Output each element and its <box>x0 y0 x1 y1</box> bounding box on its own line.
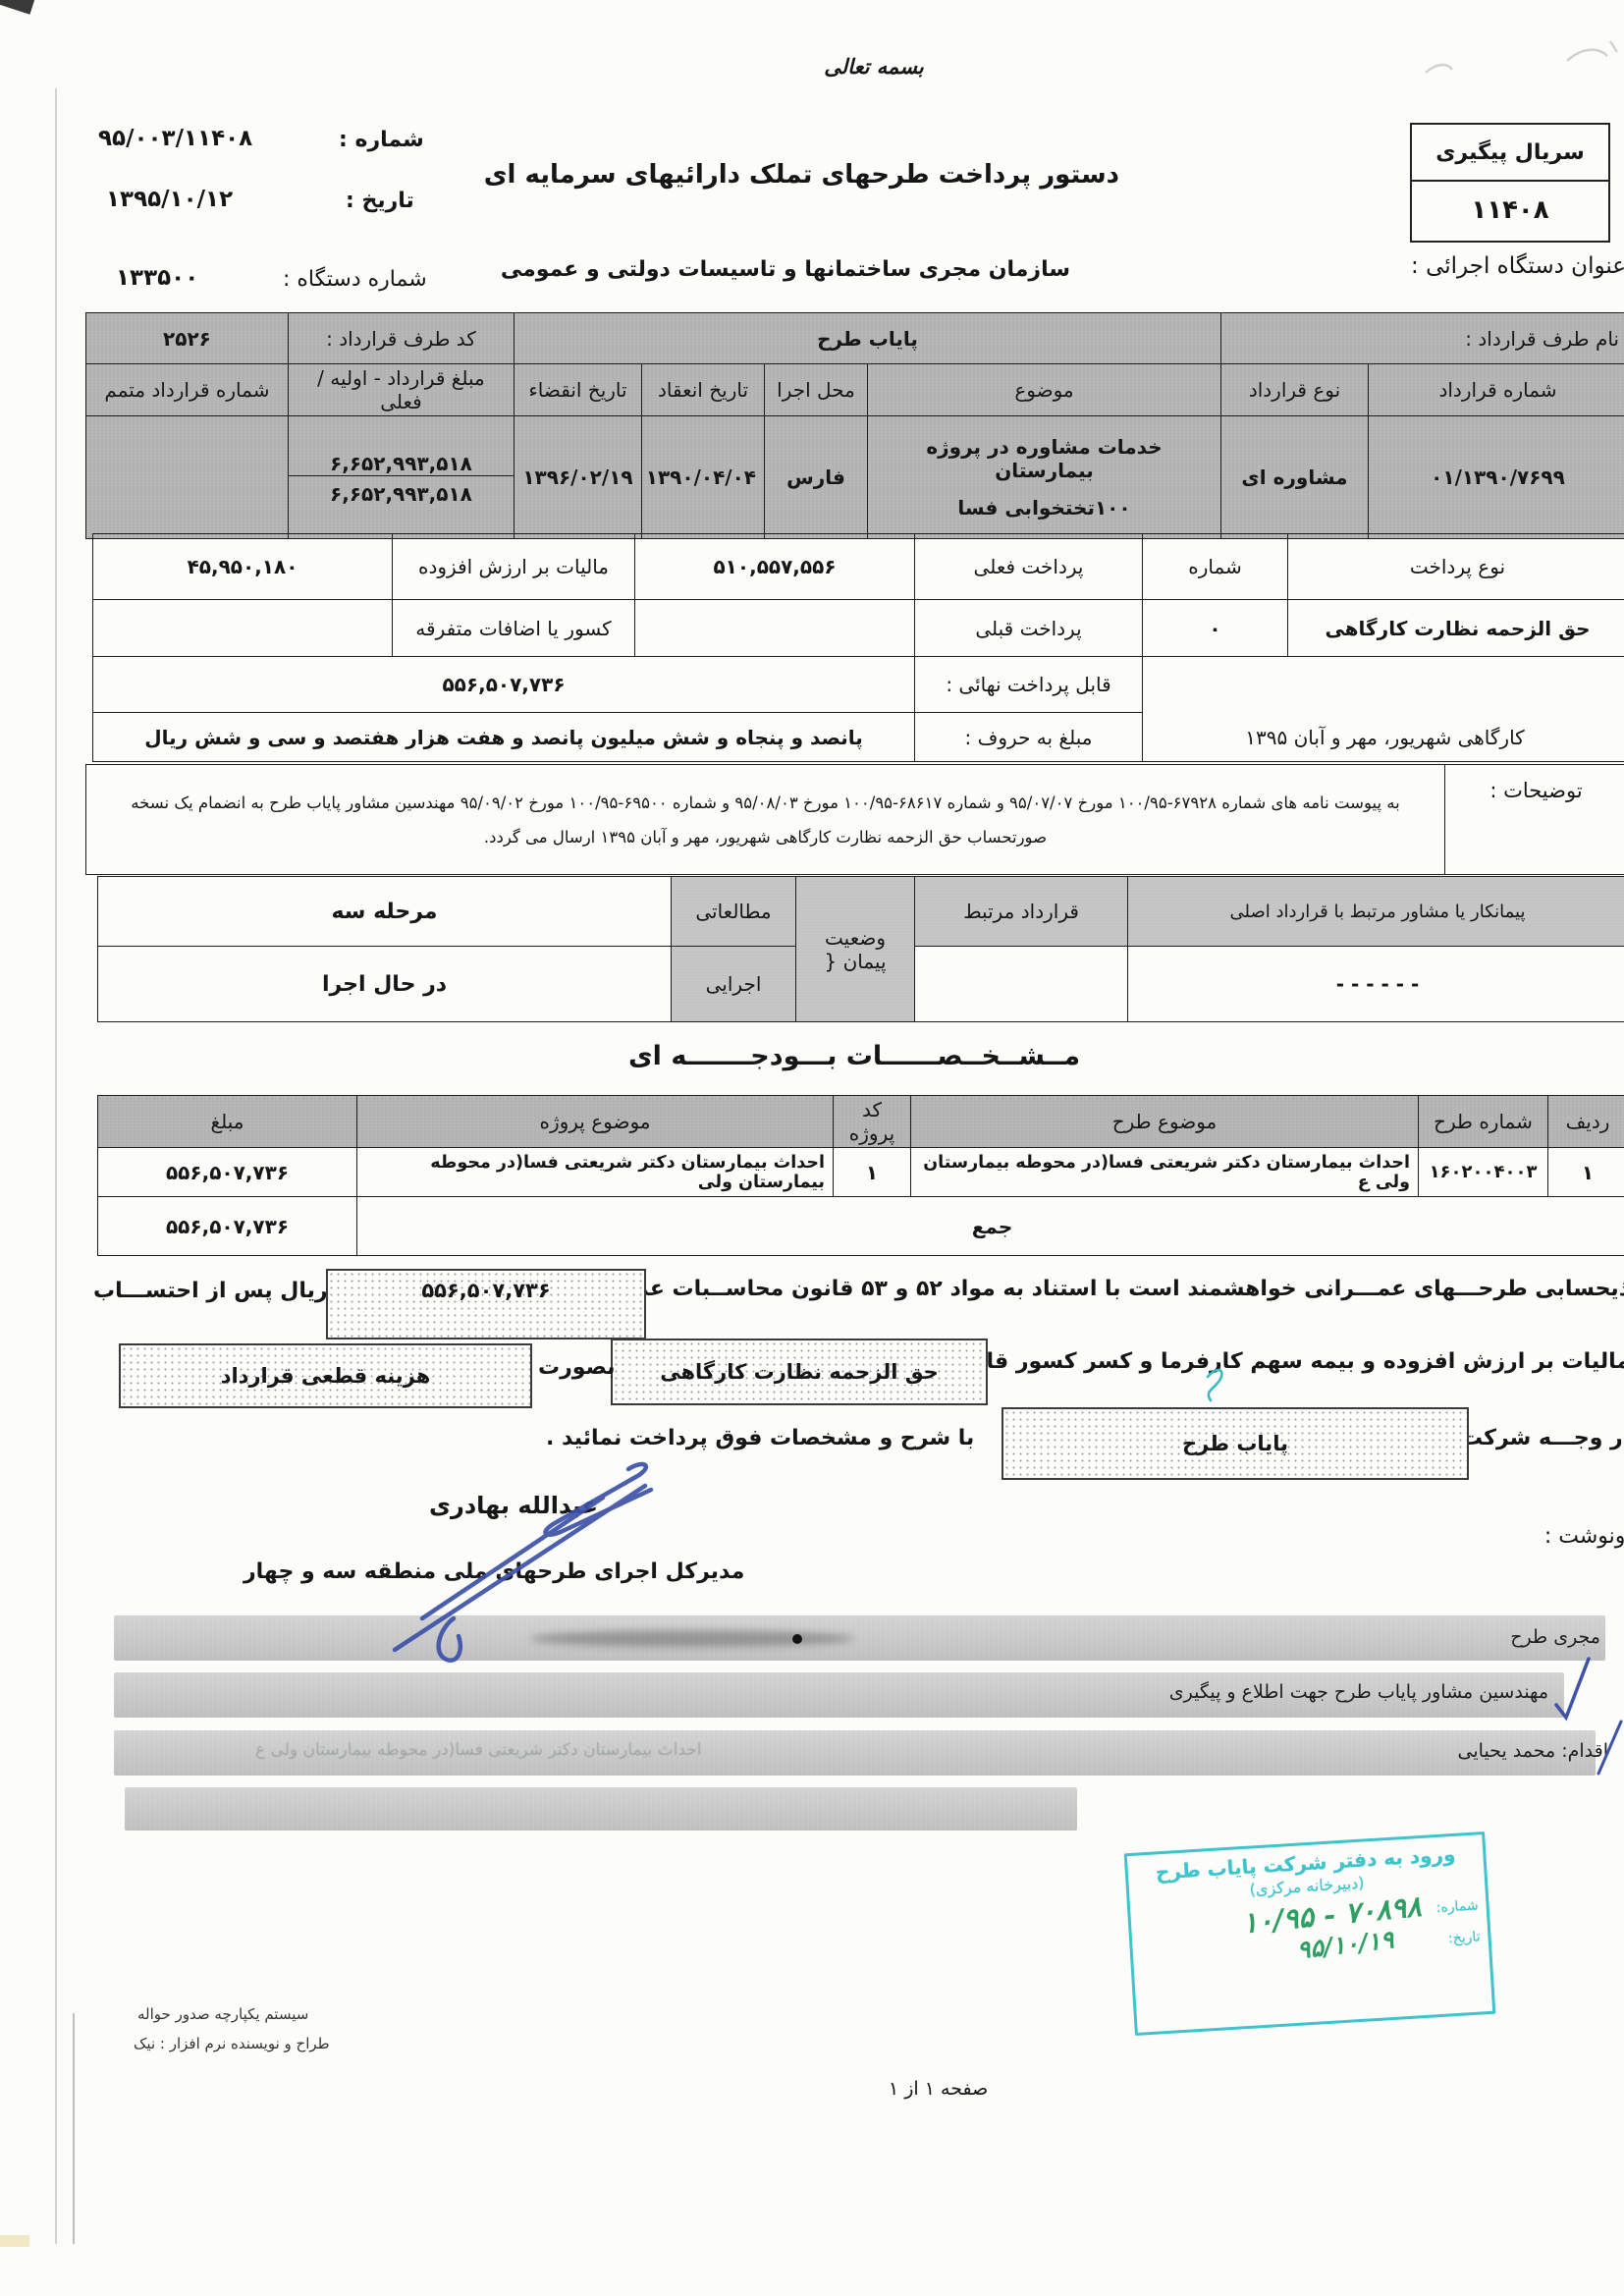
contract-subject-line1: خدمات مشاوره در پروژه بیمارستان <box>876 435 1213 482</box>
company-registry-stamp: ورود به دفتر شرکت پایاب طرح (دبیرخانه مر… <box>1124 1831 1496 2036</box>
related-party-value: - - - - - - <box>1128 947 1624 1022</box>
contract-no-value: ۰۱/۱۳۹۰/۷۶۹۹ <box>1369 416 1624 539</box>
status-cell: وضعیت پیمان { <box>796 877 915 1022</box>
col-subject: موضوع <box>868 364 1221 416</box>
tracking-serial-label: سریال پیگیری <box>1412 125 1608 182</box>
related-contract-value <box>915 947 1128 1022</box>
deductions-label: کسور یا اضافات متفرقه <box>393 600 635 657</box>
budget-project-subject: احداث بیمارستان دکتر شریعتی فسا(در محوطه… <box>357 1148 834 1197</box>
supplement-no-value <box>85 416 288 539</box>
scan-yellow-fleck <box>0 2235 29 2247</box>
agency-title-label: عنوان دستگاه اجرائی : <box>1411 253 1624 279</box>
stamp-date-label: تاریخ: <box>1423 1929 1481 1948</box>
status-brace: پیمان { <box>824 950 886 973</box>
vat-value: ۴۵,۹۵۰,۱۸۰ <box>93 534 393 600</box>
instruction-line2-text: مالیات بر ارزش افزوده و بیمه سهم کارفرما… <box>880 1349 1624 1374</box>
instruction-line1-text: ذیحسابی طرحـــهای عمـــرانی خواهشمند است… <box>512 1277 1624 1301</box>
cc-bar3-ghost-text: احداث بیمارستان دکتر شریعتی فسا(در محوطه… <box>255 1740 701 1760</box>
contract-type-value: مشاوره ای <box>1221 416 1369 539</box>
budget-plan-subject: احداث بیمارستان دکتر شریعتی فسا(در محوطه… <box>911 1148 1419 1197</box>
payment-table: نوع پرداخت شماره پرداخت فعلی ۵۱۰,۵۵۷,۵۵۶… <box>92 533 1624 762</box>
contract-subject-line2: ۱۰۰تختخوابی فسا <box>876 496 1213 519</box>
payment-period-note: کارگاهی شهریور، مهر و آبان ۱۳۹۵ <box>1143 657 1624 762</box>
instruction-amount-box: ۵۵۶,۵۰۷,۷۳۶ <box>326 1269 646 1339</box>
budget-row-no: ۱ <box>1548 1148 1624 1197</box>
page-indicator: صفحه ۱ از ۱ <box>889 2078 988 2100</box>
footer-system-line2: طراح و نویسنده نرم افزار : نیک <box>134 2035 330 2052</box>
notes-line1: به پیوست نامه های شماره ۶۷۹۲۸-۱۰۰/۹۵ مور… <box>100 793 1431 812</box>
study-value: مرحله سه <box>98 877 672 947</box>
cc-item-action: اقدام: محمد یحیایی <box>1458 1740 1608 1762</box>
current-payment-label: پرداخت فعلی <box>915 534 1143 600</box>
signatory-title: مدیرکل اجرای طرحهای ملی منطقه سه و چهار <box>244 1559 744 1584</box>
teal-scribble-mark <box>1208 1370 1221 1400</box>
previous-payment-value <box>635 600 915 657</box>
contract-sign-date-value: ۱۳۹۰/۰۴/۰۴ <box>642 416 765 539</box>
instruction-company-box: پایاب طرح <box>1001 1407 1469 1480</box>
contract-amount-current: ۶,۶۵۲,۹۹۳,۵۱۸ <box>289 476 514 514</box>
scan-edge-line-2 <box>73 2013 75 2244</box>
stamp-number-label: شماره: <box>1421 1897 1479 1917</box>
cc-item-consultant: مهندسین مشاور پایاب طرح جهت اطلاع و پیگی… <box>1169 1681 1548 1703</box>
instruction-line3-tail: با شرح و مشخصات فوق پرداخت نمائید . <box>546 1426 974 1450</box>
col-sign-date: تاریخ انعقاد <box>642 364 765 416</box>
col-payment-number: شماره <box>1143 534 1288 600</box>
bismillah: بسمه تعالی <box>776 54 972 79</box>
cc-bar-4 <box>125 1787 1077 1831</box>
tracking-serial-value: ۱۱۴۰۸ <box>1412 182 1608 239</box>
contract-amount-cell: ۶,۶۵۲,۹۹۳,۵۱۸ ۶,۶۵۲,۹۹۳,۵۱۸ <box>288 416 514 539</box>
device-number-value: ۱۳۳۵۰۰ <box>116 265 198 291</box>
notes-table: توضیحات : به پیوست نامه های شماره ۶۷۹۲۸-… <box>85 764 1624 875</box>
study-label: مطالعاتی <box>672 877 796 947</box>
budget-section-heading: مــشــخــصــــــات بـــودجـــــــه ای <box>589 1041 1119 1071</box>
notes-label: توضیحات : <box>1445 765 1624 875</box>
col-amount: مبلغ قرارداد - اولیه / فعلی <box>288 364 514 416</box>
cc-bar-1 <box>114 1615 1605 1661</box>
col-supplement-no: شماره قرارداد متمم <box>85 364 288 416</box>
document-number-label: شماره : <box>339 128 424 152</box>
cc-item-plan-executor: مجری طرح <box>1510 1626 1600 1648</box>
instruction-cost-box: هزینه قطعی قرارداد <box>119 1343 532 1408</box>
device-number-label: شماره دستگاه : <box>283 267 427 292</box>
cc-bar1-smudge <box>530 1630 854 1647</box>
page-title: دستور پرداخت طرحهای تملک دارائیهای سرمای… <box>550 160 1119 190</box>
contract-amount-initial: ۶,۶۵۲,۹۹۳,۵۱۸ <box>289 442 514 475</box>
document-number-value: ۹۵/۰۰۳/۱۱۴۰۸ <box>98 126 252 151</box>
scanned-payment-order-document: بسمه تعالی سریال پیگیری ۱۱۴۰۸ عنوان دستگ… <box>0 0 1624 2296</box>
contract-location-value: فارس <box>765 416 868 539</box>
col-row-no: ردیف <box>1548 1096 1624 1148</box>
col-project-subject: موضوع پروژه <box>357 1096 834 1148</box>
instruction-line1-tail: ریال پس از احتســـاب <box>93 1279 328 1303</box>
final-payable-label: قابل پرداخت نهائی : <box>915 657 1143 713</box>
related-contract-table: پیمانکار یا مشاور مرتبط با قرارداد اصلی … <box>97 876 1624 1022</box>
budget-total-label: جمع <box>357 1197 1624 1256</box>
vat-label: مالیات بر ارزش افزوده <box>393 534 635 600</box>
budget-plan-no: ۱۶۰۲۰۰۴۰۰۳ <box>1419 1148 1548 1197</box>
tracking-serial-box: سریال پیگیری ۱۱۴۰۸ <box>1410 123 1610 243</box>
page-subtitle: سازمان مجری ساختمانها و تاسیسات دولتی و … <box>589 257 1070 282</box>
instruction-line3-text: در وجـــه شرکت <box>1461 1426 1624 1450</box>
budget-amount: ۵۵۶,۵۰۷,۷۳۶ <box>98 1148 357 1197</box>
budget-project-code: ۱ <box>834 1148 911 1197</box>
scan-edge-line <box>55 88 57 2244</box>
amount-words-value: پانصد و پنجاه و شش میلیون پانصد و هفت هز… <box>93 713 915 762</box>
exec-value: در حال اجرا <box>98 947 672 1022</box>
col-payment-type: نوع پرداخت <box>1288 534 1624 600</box>
pencil-marks <box>1426 41 1617 73</box>
col-plan-no: شماره طرح <box>1419 1096 1548 1148</box>
budget-table: ردیف شماره طرح موضوع طرح کد پروژه موضوع … <box>97 1095 1624 1256</box>
previous-payment-label: پرداخت قبلی <box>915 600 1143 657</box>
notes-line2: صورتحساب حق الزحمه نظارت کارگاهی شهریور،… <box>100 828 1431 847</box>
document-date-value: ۱۳۹۵/۱۰/۱۲ <box>106 187 233 212</box>
col-contract-no: شماره قرارداد <box>1369 364 1624 416</box>
related-party-label: پیمانکار یا مشاور مرتبط با قرارداد اصلی <box>1128 877 1624 947</box>
payment-type-value: حق الزحمه نظارت کارگاهی <box>1288 600 1624 657</box>
col-project-code: کد پروژه <box>834 1096 911 1148</box>
col-contract-type: نوع قرارداد <box>1221 364 1369 416</box>
party-name-value: پایاب طرح <box>514 313 1220 364</box>
status-label: وضعیت <box>825 926 886 950</box>
notes-content: به پیوست نامه های شماره ۶۷۹۲۸-۱۰۰/۹۵ مور… <box>86 765 1445 875</box>
cc-label: رونوشت : <box>1544 1524 1624 1549</box>
col-expiry-date: تاریخ انقضاء <box>514 364 641 416</box>
related-contract-label: قرارداد مرتبط <box>915 877 1128 947</box>
scan-corner-mark <box>0 0 34 15</box>
party-name-label: نام طرف قرارداد : <box>1221 313 1624 364</box>
payment-number-value: ۰ <box>1143 600 1288 657</box>
contract-info-table: نام طرف قرارداد : پایاب طرح کد طرف قرارد… <box>85 312 1624 539</box>
exec-label: اجرایی <box>672 947 796 1022</box>
deductions-value <box>93 600 393 657</box>
current-payment-value: ۵۱۰,۵۵۷,۵۵۶ <box>635 534 915 600</box>
instruction-line2-mid: بصورت <box>538 1355 616 1380</box>
instruction-fee-box: حق الزحمه نظارت کارگاهی <box>611 1339 988 1405</box>
party-code-label: کد طرف قرارداد : <box>288 313 514 364</box>
budget-total-value: ۵۵۶,۵۰۷,۷۳۶ <box>98 1197 357 1256</box>
footer-system-line1: سیستم یکپارچه صدور حواله <box>137 2005 308 2023</box>
contract-subject-value: خدمات مشاوره در پروژه بیمارستان ۱۰۰تختخو… <box>868 416 1221 539</box>
document-date-label: تاریخ : <box>346 189 414 213</box>
col-location: محل اجرا <box>765 364 868 416</box>
col-budget-amount: مبلغ <box>98 1096 357 1148</box>
amount-words-label: مبلغ به حروف : <box>915 713 1143 762</box>
final-payable-value: ۵۵۶,۵۰۷,۷۳۶ <box>93 657 915 713</box>
col-plan-subject: موضوع طرح <box>911 1096 1419 1148</box>
contract-expiry-date-value: ۱۳۹۶/۰۲/۱۹ <box>514 416 641 539</box>
signatory-name: عبدالله بهادری <box>429 1492 598 1519</box>
party-code-value: ۲۵۲۶ <box>85 313 288 364</box>
